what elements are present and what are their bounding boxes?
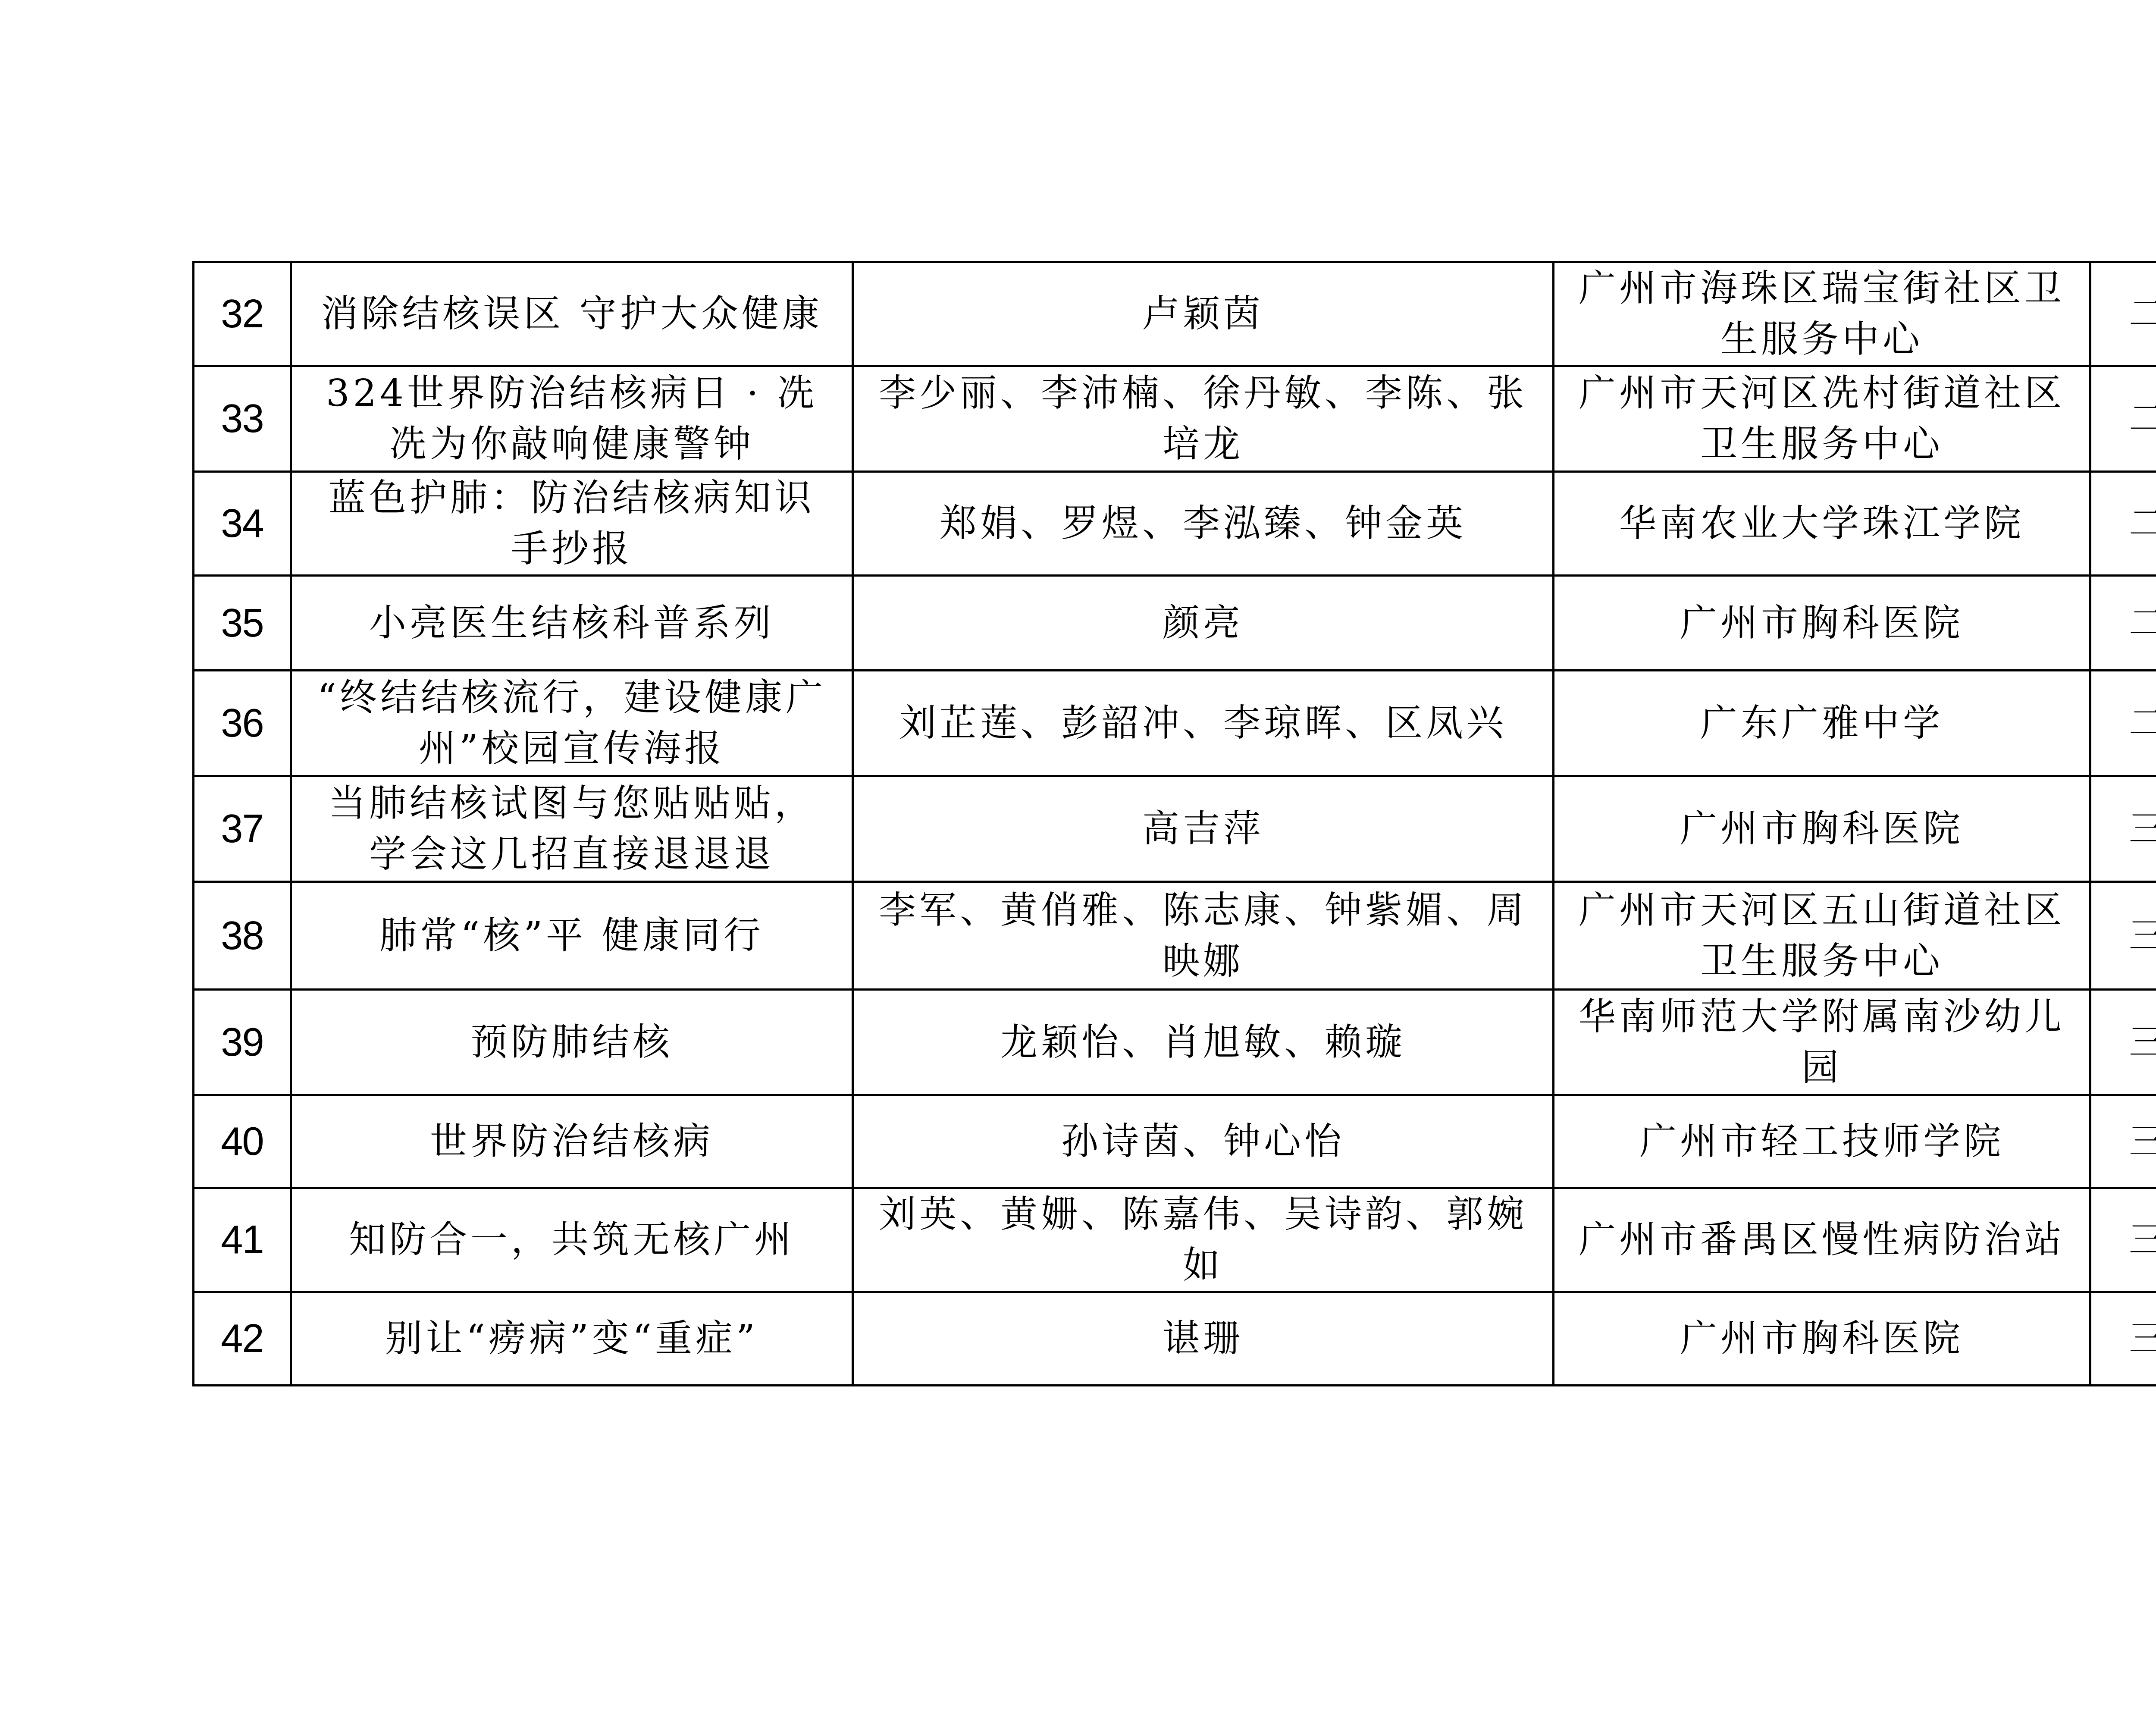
work-title: 别让“痨病”变“重症” — [291, 1292, 853, 1386]
work-title: “终结结核流行，建设健康广州”校园宣传海报 — [291, 671, 853, 776]
organization: 广州市天河区冼村街道社区卫生服务中心 — [1554, 366, 2090, 472]
work-title: 消除结核误区 守护大众健康 — [291, 262, 853, 366]
award-level: 二等奖 — [2090, 262, 2156, 366]
organization: 广州市天河区五山街道社区卫生服务中心 — [1554, 882, 2090, 990]
organization: 广州市轻工技师学院 — [1554, 1095, 2090, 1188]
organization: 广州市番禺区慢性病防治站 — [1554, 1188, 2090, 1292]
row-number: 36 — [194, 671, 291, 776]
table-row: 36 “终结结核流行，建设健康广州”校园宣传海报 刘芷莲、彭韶冲、李琼晖、区凤兴… — [194, 671, 2156, 776]
award-level: 三等奖 — [2090, 776, 2156, 882]
award-level: 三等奖 — [2090, 882, 2156, 990]
row-number: 33 — [194, 366, 291, 472]
table-row: 40 世界防治结核病 孙诗茵、钟心怡 广州市轻工技师学院 三等奖 — [194, 1095, 2156, 1188]
award-level: 二等奖 — [2090, 671, 2156, 776]
row-number: 34 — [194, 472, 291, 576]
table-row: 35 小亮医生结核科普系列 颜亮 广州市胸科医院 二等奖 — [194, 576, 2156, 671]
table-row: 33 324世界防治结核病日 · 冼冼为你敲响健康警钟 李少丽、李沛楠、徐丹敏、… — [194, 366, 2156, 472]
table-row: 42 别让“痨病”变“重症” 谌珊 广州市胸科医院 三等奖 — [194, 1292, 2156, 1386]
organization: 华南农业大学珠江学院 — [1554, 472, 2090, 576]
organization: 广州市胸科医院 — [1554, 1292, 2090, 1386]
award-level: 三等奖 — [2090, 990, 2156, 1095]
organization: 广东广雅中学 — [1554, 671, 2090, 776]
work-title: 世界防治结核病 — [291, 1095, 853, 1188]
authors: 郑娟、罗煜、李泓臻、钟金英 — [853, 472, 1554, 576]
authors: 刘英、黄姗、陈嘉伟、吴诗韵、郭婉如 — [853, 1188, 1554, 1292]
awards-table-body: 32 消除结核误区 守护大众健康 卢颖茵 广州市海珠区瑞宝街社区卫生服务中心 二… — [194, 262, 2156, 1386]
table-row: 32 消除结核误区 守护大众健康 卢颖茵 广州市海珠区瑞宝街社区卫生服务中心 二… — [194, 262, 2156, 366]
row-number: 42 — [194, 1292, 291, 1386]
award-level: 二等奖 — [2090, 366, 2156, 472]
row-number: 32 — [194, 262, 291, 366]
document-page: 32 消除结核误区 守护大众健康 卢颖茵 广州市海珠区瑞宝街社区卫生服务中心 二… — [0, 0, 2156, 1725]
row-number: 38 — [194, 882, 291, 990]
organization: 华南师范大学附属南沙幼儿园 — [1554, 990, 2090, 1095]
authors: 高吉萍 — [853, 776, 1554, 882]
authors: 孙诗茵、钟心怡 — [853, 1095, 1554, 1188]
award-level: 二等奖 — [2090, 472, 2156, 576]
award-level: 二等奖 — [2090, 576, 2156, 671]
authors: 李军、黄俏雅、陈志康、钟紫媚、周映娜 — [853, 882, 1554, 990]
work-title: 蓝色护肺：防治结核病知识手抄报 — [291, 472, 853, 576]
row-number: 41 — [194, 1188, 291, 1292]
award-level: 三等奖 — [2090, 1095, 2156, 1188]
awards-table: 32 消除结核误区 守护大众健康 卢颖茵 广州市海珠区瑞宝街社区卫生服务中心 二… — [192, 261, 2156, 1386]
organization: 广州市胸科医院 — [1554, 776, 2090, 882]
table-row: 34 蓝色护肺：防治结核病知识手抄报 郑娟、罗煜、李泓臻、钟金英 华南农业大学珠… — [194, 472, 2156, 576]
work-title: 小亮医生结核科普系列 — [291, 576, 853, 671]
authors: 龙颖怡、肖旭敏、赖璇 — [853, 990, 1554, 1095]
authors: 颜亮 — [853, 576, 1554, 671]
table-row: 41 知防合一，共筑无核广州 刘英、黄姗、陈嘉伟、吴诗韵、郭婉如 广州市番禺区慢… — [194, 1188, 2156, 1292]
table-row: 38 肺常“核”平 健康同行 李军、黄俏雅、陈志康、钟紫媚、周映娜 广州市天河区… — [194, 882, 2156, 990]
organization: 广州市海珠区瑞宝街社区卫生服务中心 — [1554, 262, 2090, 366]
row-number: 39 — [194, 990, 291, 1095]
work-title: 324世界防治结核病日 · 冼冼为你敲响健康警钟 — [291, 366, 853, 472]
award-level: 三等奖 — [2090, 1188, 2156, 1292]
work-title: 肺常“核”平 健康同行 — [291, 882, 853, 990]
row-number: 35 — [194, 576, 291, 671]
table-row: 37 当肺结核试图与您贴贴贴，学会这几招直接退退退 高吉萍 广州市胸科医院 三等… — [194, 776, 2156, 882]
authors: 卢颖茵 — [853, 262, 1554, 366]
authors: 李少丽、李沛楠、徐丹敏、李陈、张培龙 — [853, 366, 1554, 472]
work-title: 当肺结核试图与您贴贴贴，学会这几招直接退退退 — [291, 776, 853, 882]
authors: 刘芷莲、彭韶冲、李琼晖、区凤兴 — [853, 671, 1554, 776]
organization: 广州市胸科医院 — [1554, 576, 2090, 671]
work-title: 预防肺结核 — [291, 990, 853, 1095]
award-level: 三等奖 — [2090, 1292, 2156, 1386]
authors: 谌珊 — [853, 1292, 1554, 1386]
work-title: 知防合一，共筑无核广州 — [291, 1188, 853, 1292]
row-number: 40 — [194, 1095, 291, 1188]
row-number: 37 — [194, 776, 291, 882]
table-row: 39 预防肺结核 龙颖怡、肖旭敏、赖璇 华南师范大学附属南沙幼儿园 三等奖 — [194, 990, 2156, 1095]
